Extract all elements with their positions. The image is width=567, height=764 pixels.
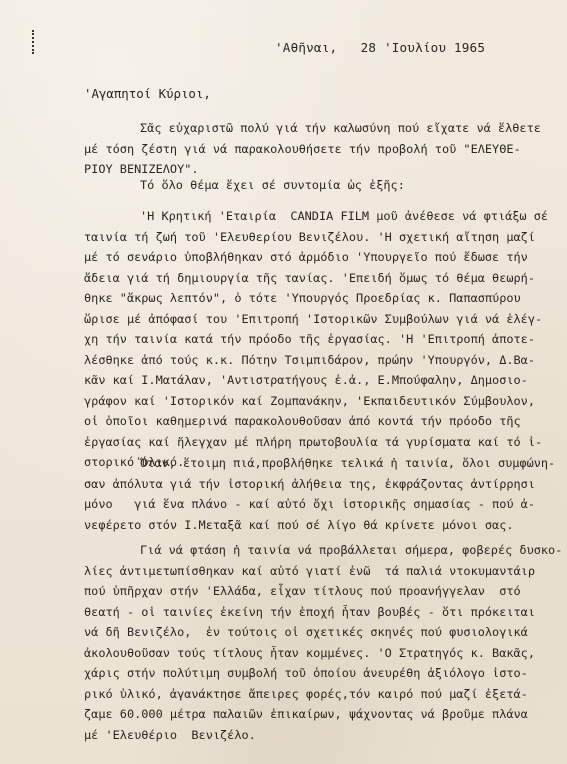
text-line: οἱ ὁποῖοι καθημερινά παρακολουθοῦσαν ἀπό… [84,411,554,432]
paragraph-screening: Ὅταν, ἕτοιμη πιά,προβλήθηκε τελικά ἡ ται… [84,453,554,535]
text-line: μέ τό σενάριο ὑποβλήθηκαν στό ἁρμόδιο 'Υ… [84,247,554,268]
text-line: χη τήν ταινία κατά τήν πρόοδο τῆς ἐργασί… [84,329,554,350]
paragraph-committee: 'Η Κρητική 'Εταιρία CANDIA FILM μοῦ ἀνέθ… [84,206,554,473]
text-line: νεφέρετο στόν Ι.Μεταξᾶ καί πού σέ λίγο θ… [84,515,554,536]
salutation: 'Αγαπητοί Κύριοι, [84,86,211,101]
text-line: ἄδεια γιά τή δημιουργία τῆς τανίας. 'Επε… [84,268,554,289]
text-line: 'Η Κρητική 'Εταιρία CANDIA FILM μοῦ ἀνέθ… [84,206,554,227]
paragraph-thanks: Σᾶς εὐχαριστῶ πολύ γιά τήν καλωσύνη πού … [84,118,554,180]
date-line: 'Αθῆναι, 28 'Ιουλίου 1965 [275,40,485,55]
text-line: νά δῆ Βενιζέλο, ἐν τούτοις οἱ σχετικές σ… [84,622,554,643]
paragraph-difficulties: Γιά νά φτάση ἡ ταινία νά προβάλλεται σήμ… [84,540,554,745]
text-line: σαν ἀπόλυτα γιά τήν ἱστορική ἀλήθεια της… [84,474,554,495]
text-line: λίες ἀντιμετωπίσθηκαν καί αὐτό γιατί ἐνῶ… [84,561,554,582]
text-line: πού ὑπῆρχαν στήν 'Ελλάδα, εἶχαν τίτλους … [84,581,554,602]
text-line: ὥρισε μέ ἀπόφασί του 'Επιτροπή 'Ιστορικῶ… [84,309,554,330]
text-line: Τό ὅλο θέμα ἔχει σέ συντομία ὡς ἑξῆς: [84,175,554,196]
text-line: Ὅταν, ἕτοιμη πιά,προβλήθηκε τελικά ἡ ται… [84,453,554,474]
paragraph-intro: Τό ὅλο θέμα ἔχει σέ συντομία ὡς ἑξῆς: [84,175,554,196]
text-line: κᾶν καί Ι.Ματάλαν, 'Αντιστρατήγους ἐ.ἀ.,… [84,370,554,391]
text-line: χάρις στήν πολύτιμη συμβολή τοῦ ὁποίου ἀ… [84,663,554,684]
punch-mark [32,30,36,54]
text-line: μόνο γιά ἕνα πλάνο - καί αὐτό ὄχι ἱστορι… [84,494,554,515]
letter-page: 'Αθῆναι, 28 'Ιουλίου 1965 'Αγαπητοί Κύρι… [0,0,567,764]
text-line: θεατή - οἱ ταινίες ἐκείνη τήν ἐποχή ἦταν… [84,602,554,623]
text-line: ἀκολουθοῦσαν τούς τίτλους ἦταν κομμένες.… [84,643,554,664]
text-line: λέσθηκε ἀπό τούς κ.κ. Πότην Τσιμπιδάρον,… [84,350,554,371]
text-line: ρικό ὑλικό, ἀγανάκτησε ἄπειρες φορές,τόν… [84,684,554,705]
text-line: ζαμε 60.000 μέτρα παλαιῶν ἐπικαίρων, ψάχ… [84,704,554,725]
text-line: θηκε "ἄκρως λεπτόν", ὁ τότε 'Υπουργός Πρ… [84,288,554,309]
text-line: μέ 'Ελευθέριο Βενιζέλο. [84,725,554,746]
text-line: ταινία τή ζωή τοῦ 'Ελευθερίου Βενιζέλου.… [84,227,554,248]
text-line: Σᾶς εὐχαριστῶ πολύ γιά τήν καλωσύνη πού … [84,118,554,139]
text-line: μέ τόση ζέστη γιά νά παρακολουθήσετε τήν… [84,139,554,160]
text-line: ἐργασίας καί ἤλεγχαν μέ πλήρη πρωτοβουλί… [84,432,554,453]
text-line: γράφον καί 'Ιστορικόν καί Ζομπανάκην, 'Ε… [84,391,554,412]
text-line: Γιά νά φτάση ἡ ταινία νά προβάλλεται σήμ… [84,540,554,561]
